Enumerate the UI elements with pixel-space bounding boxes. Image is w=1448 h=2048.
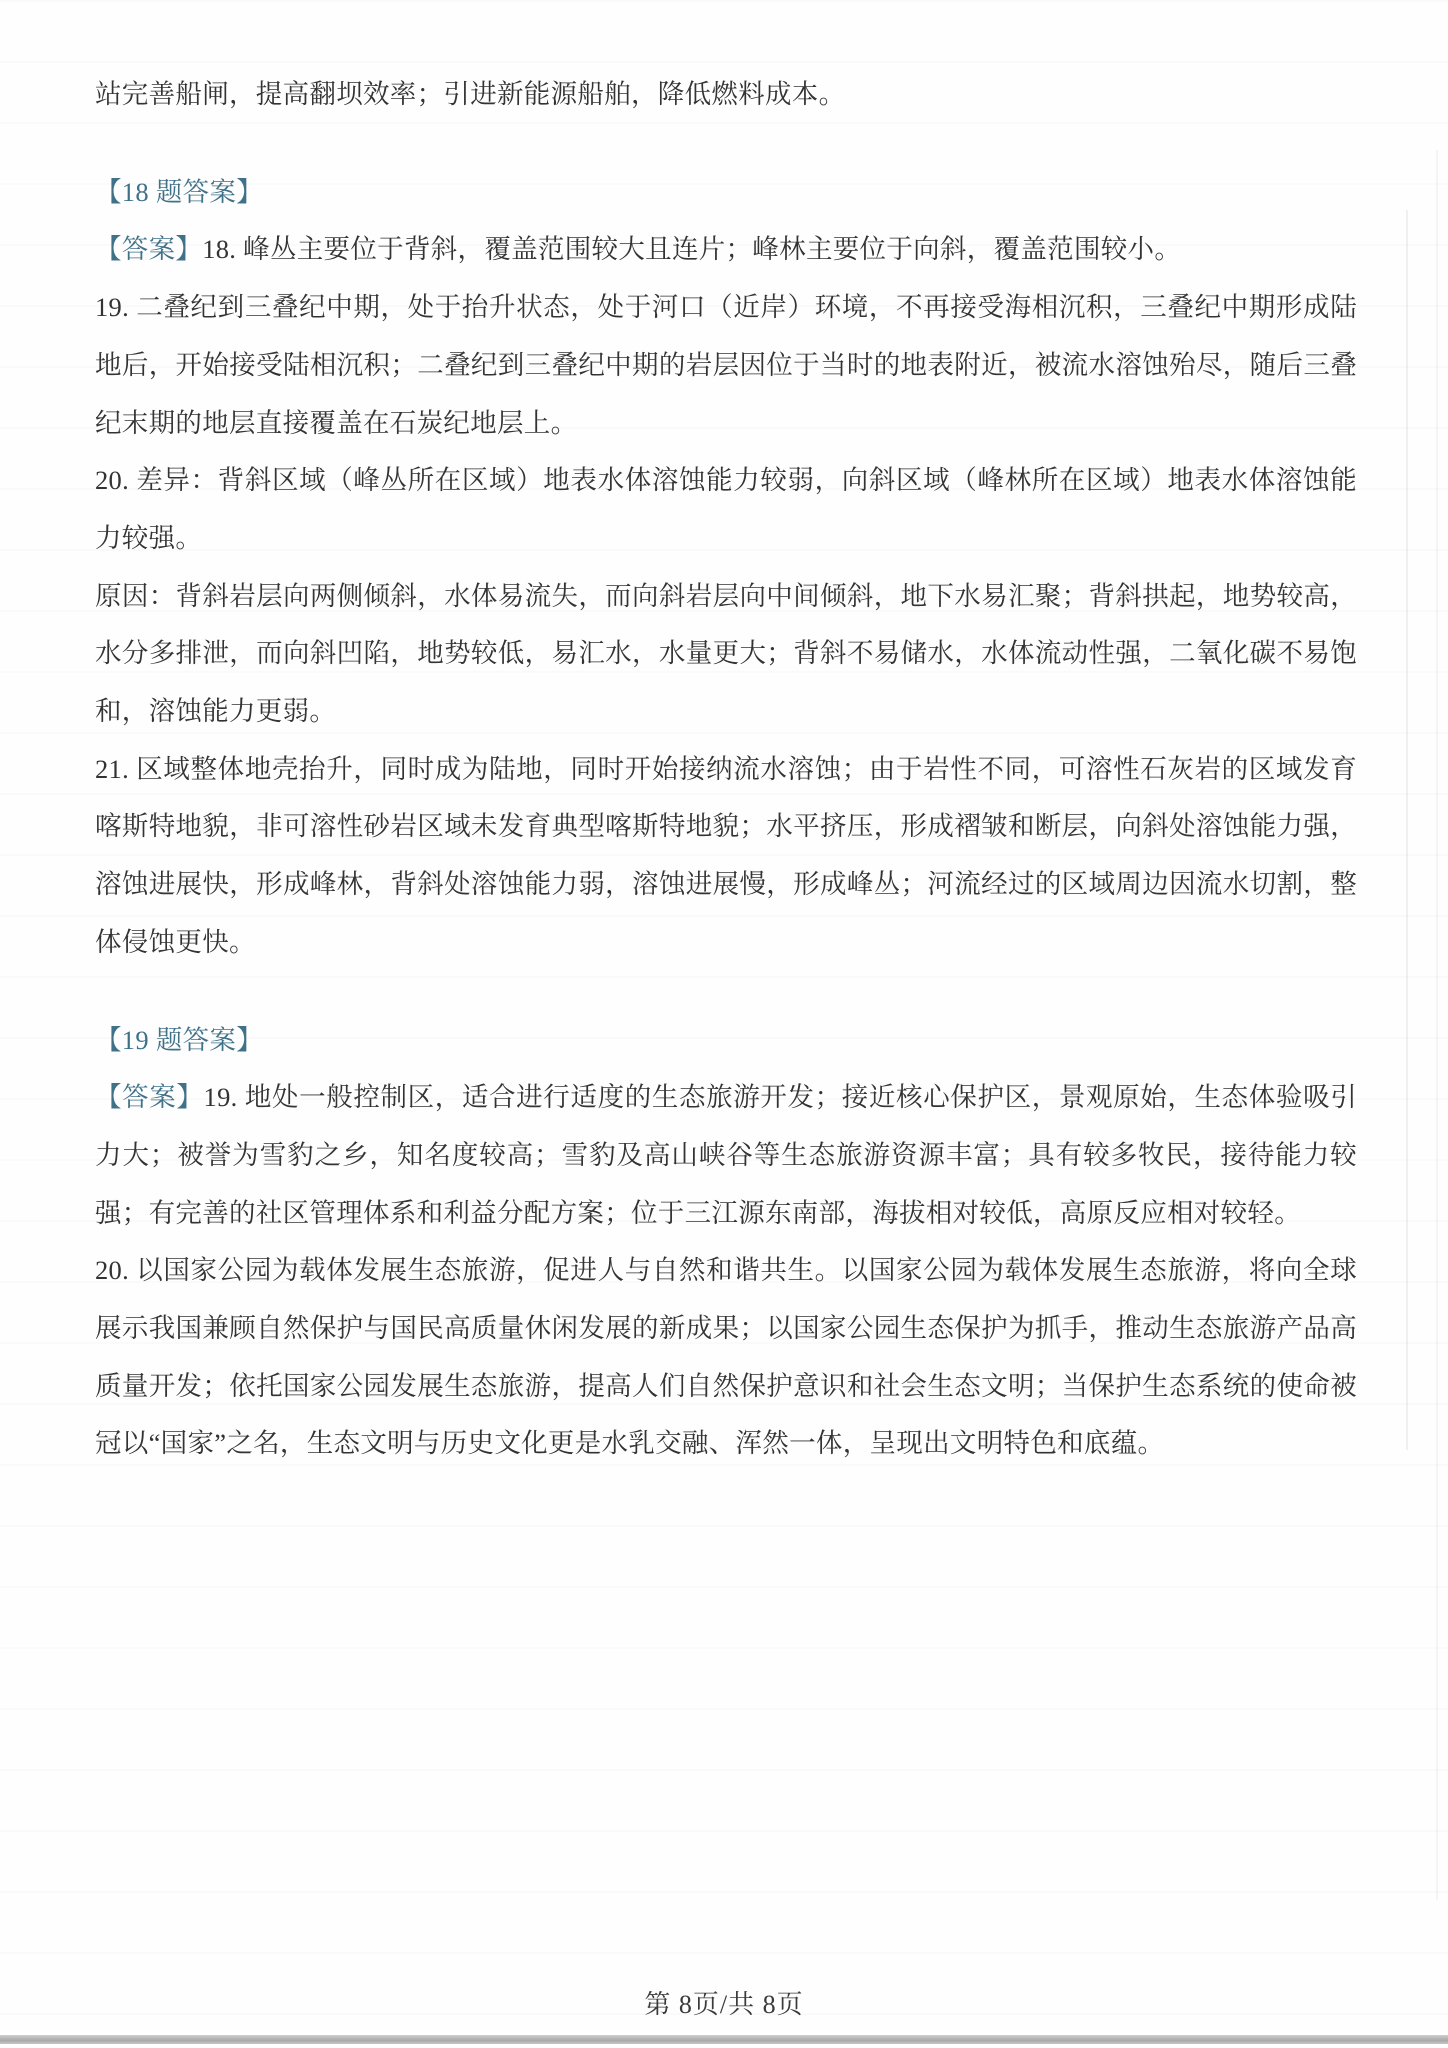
paragraph: 20. 差异：背斜区域（峰丛所在区域）地表水体溶蚀能力较弱，向斜区域（峰林所在区… bbox=[95, 452, 1357, 567]
page-number: 第 8页/共 8页 bbox=[0, 1984, 1448, 2021]
scanned-answer-page: { "colors": { "header_teal": "#3f7189", … bbox=[0, 0, 1448, 2048]
answer-paragraph: 【答案】19. 地处一般控制区，适合进行适度的生态旅游开发；接近核心保护区，景观… bbox=[95, 1069, 1357, 1242]
scan-artifact-line bbox=[1406, 210, 1408, 1450]
document-body: 站完善船闸，提高翻坝效率；引进新能源船舶，降低燃料成本。 【18 题答案】 【答… bbox=[95, 66, 1357, 1473]
answer-text: 19. 地处一般控制区，适合进行适度的生态旅游开发；接近核心保护区，景观原始，生… bbox=[95, 1082, 1357, 1227]
paragraph: 20. 以国家公园为载体发展生态旅游，促进人与自然和谐共生。以国家公园为载体发展… bbox=[95, 1242, 1357, 1473]
answer-label: 【答案】 bbox=[95, 1082, 204, 1112]
answer-section-header-q19: 【19 题答案】 bbox=[95, 1012, 1357, 1070]
paragraph: 21. 区域整体地壳抬升，同时成为陆地，同时开始接纳流水溶蚀；由于岩性不同，可溶… bbox=[95, 741, 1357, 972]
answer-paragraph: 【答案】18. 峰丛主要位于背斜，覆盖范围较大且连片；峰林主要位于向斜，覆盖范围… bbox=[95, 221, 1357, 279]
scan-artifact-line bbox=[1436, 150, 1438, 1900]
answer-text: 18. 峰丛主要位于背斜，覆盖范围较大且连片；峰林主要位于向斜，覆盖范围较小。 bbox=[202, 234, 1181, 264]
answer-section-header-q18: 【18 题答案】 bbox=[95, 164, 1357, 222]
paragraph: 站完善船闸，提高翻坝效率；引进新能源船舶，降低燃料成本。 bbox=[95, 66, 1357, 124]
page-bottom-edge bbox=[0, 2035, 1448, 2044]
answer-label: 【答案】 bbox=[95, 234, 202, 264]
paragraph: 原因：背斜岩层向两侧倾斜，水体易流失，而向斜岩层向中间倾斜，地下水易汇聚；背斜拱… bbox=[95, 568, 1357, 741]
paragraph: 19. 二叠纪到三叠纪中期，处于抬升状态，处于河口（近岸）环境，不再接受海相沉积… bbox=[95, 279, 1357, 452]
